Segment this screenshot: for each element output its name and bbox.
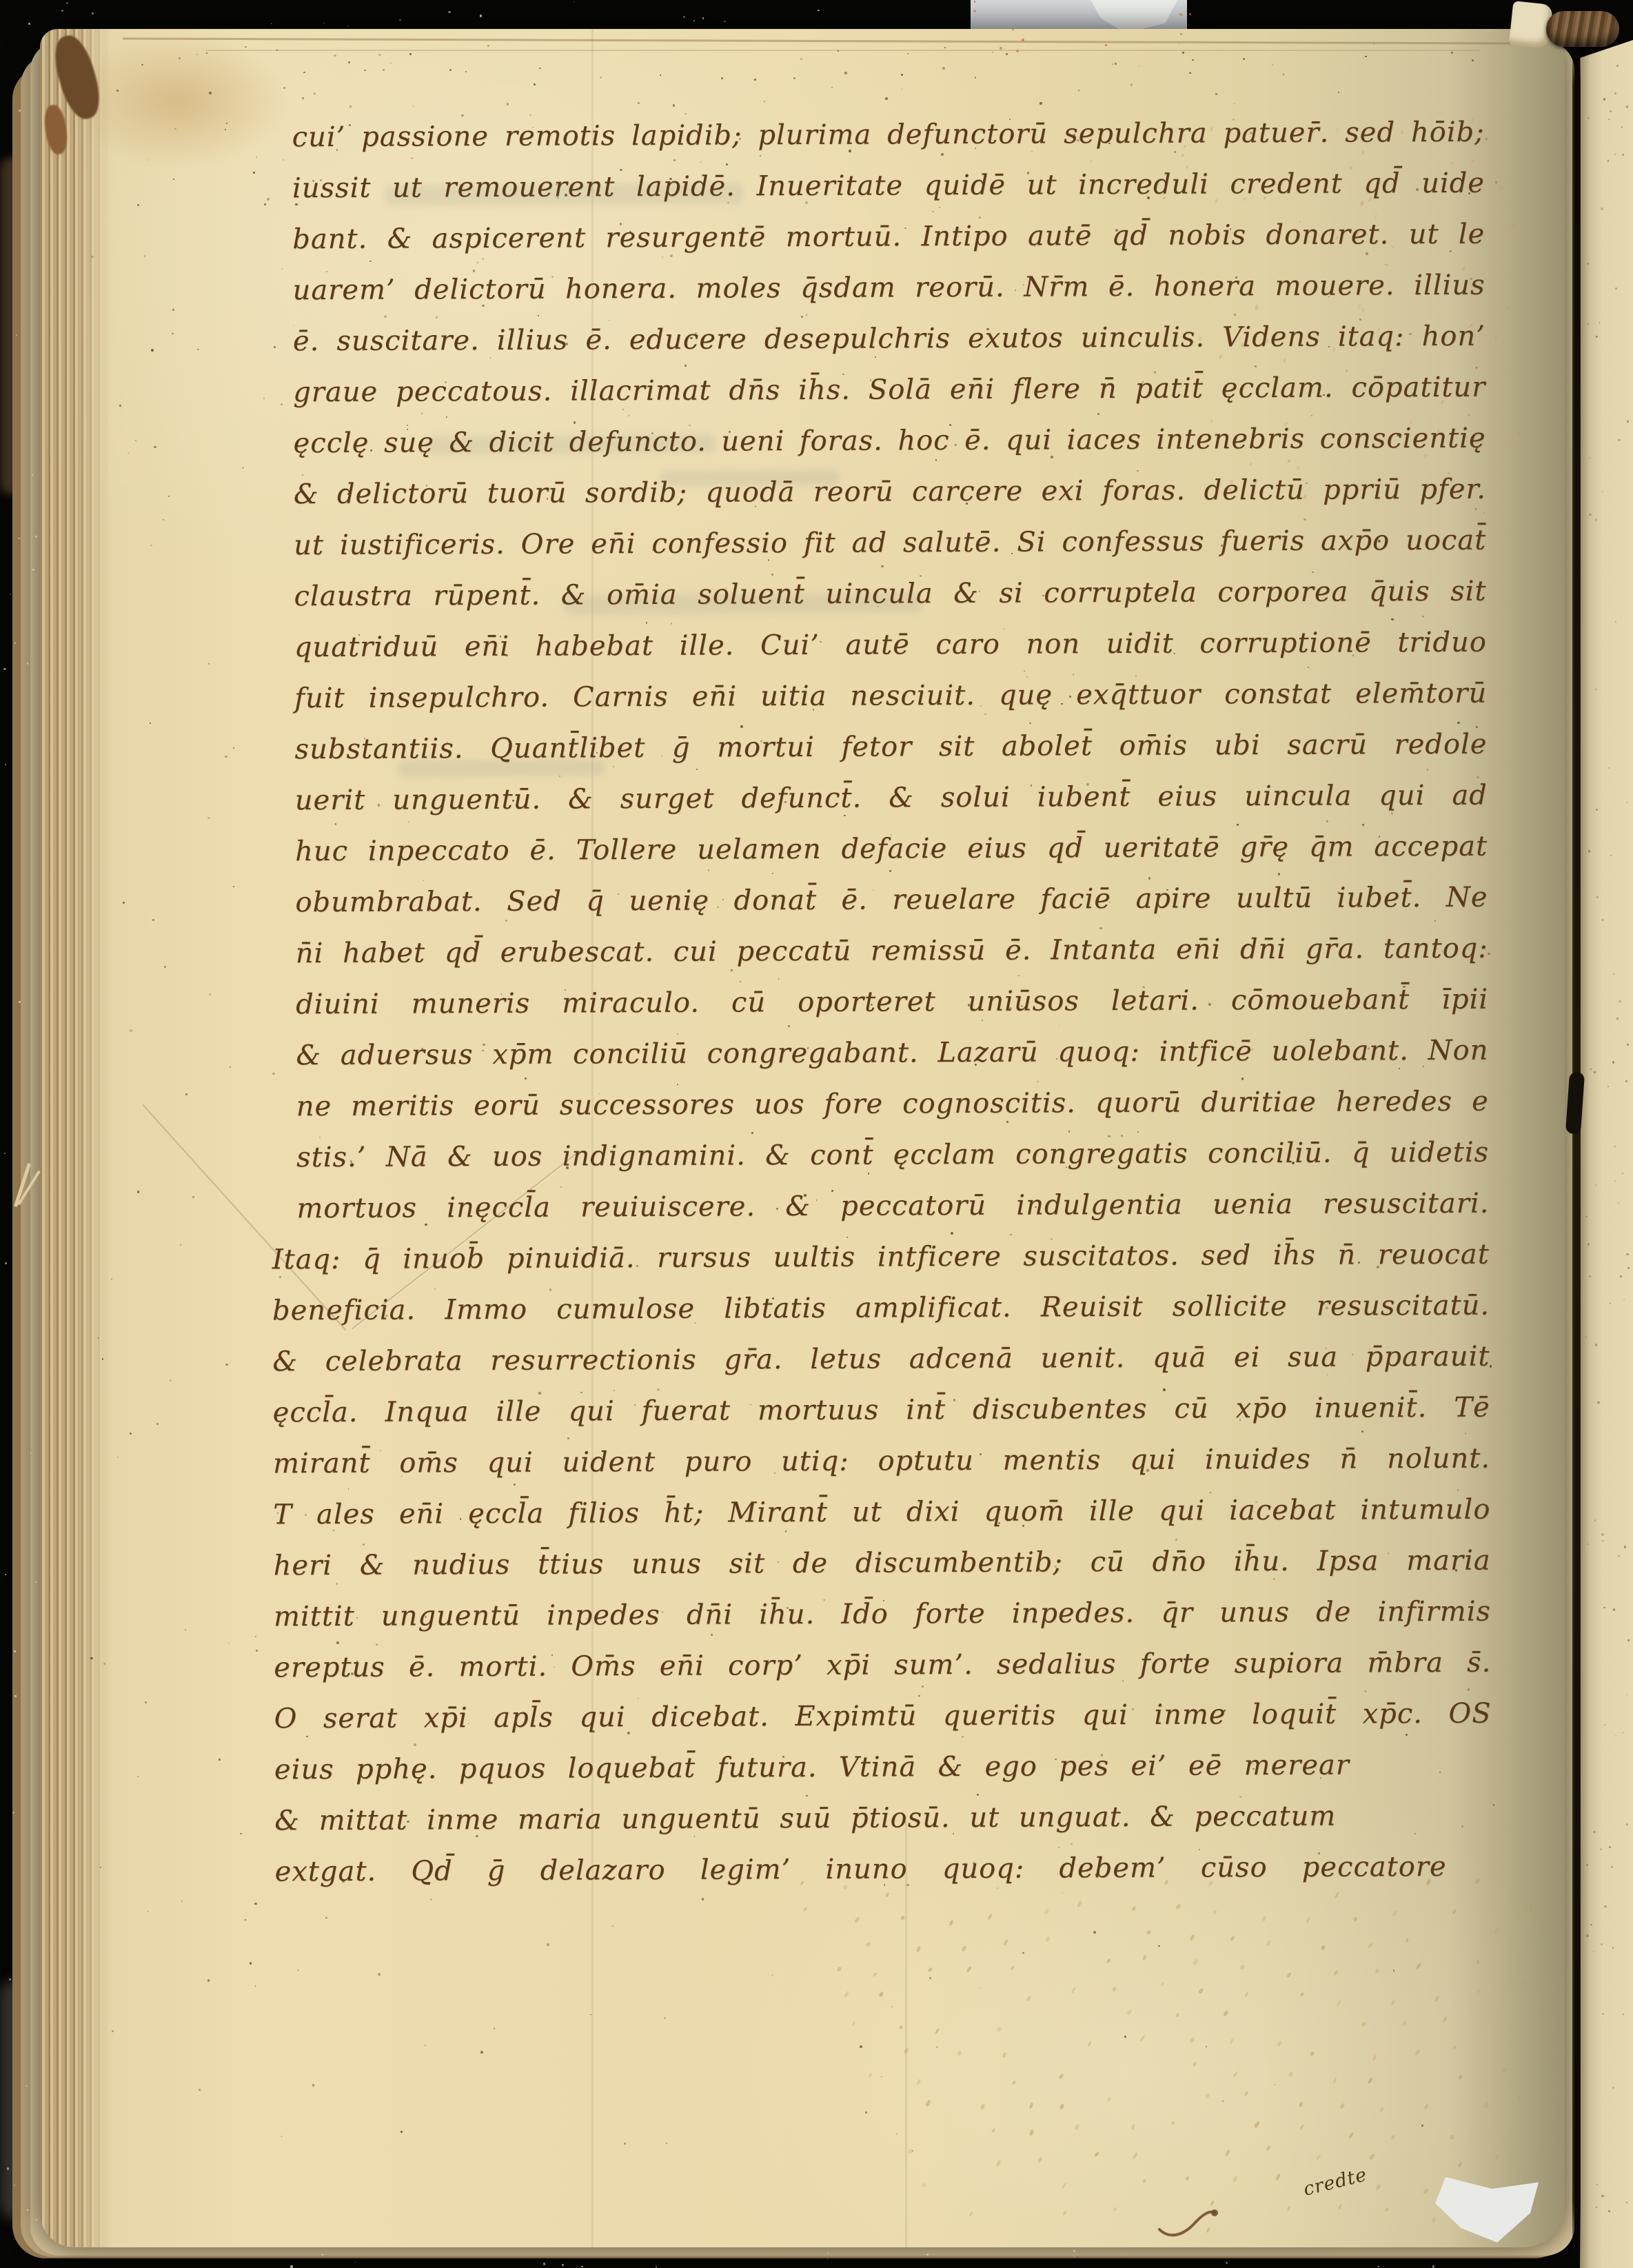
dust-speck-layer <box>0 0 1633 2268</box>
manuscript-photo: cui’ passione remotis lapidib; plurima d… <box>0 0 1633 2268</box>
